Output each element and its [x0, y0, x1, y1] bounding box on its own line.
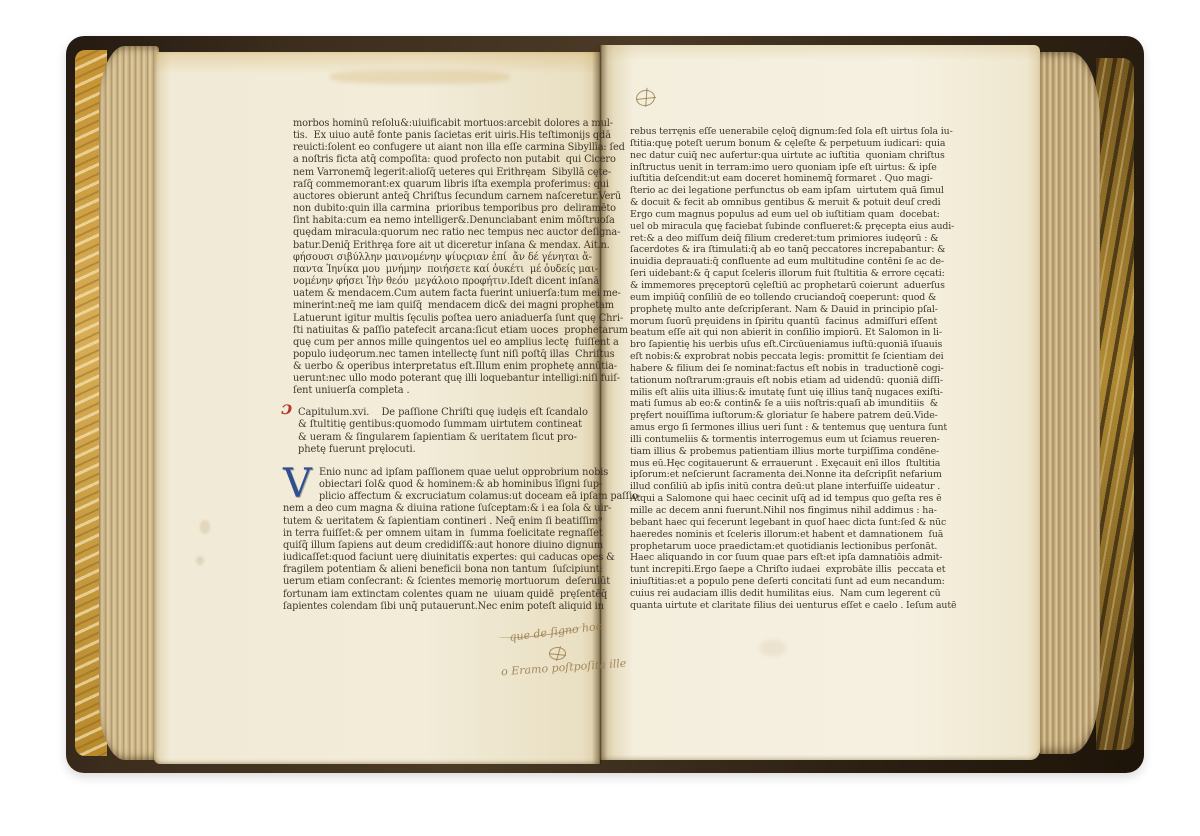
text-line: παντα Ἰηνίκα μου μνήμην ποιήσετε καί ὀυκ… [293, 264, 609, 276]
text-line: minerint:neq̄ me iam quiſq̄ mendacem dic… [293, 300, 609, 312]
text-line: ſeri uidebant:& q̄ caput ſceleris illoru… [630, 268, 940, 280]
text-line: ſint habita:cum ea nemo intelliger&.Denu… [293, 215, 609, 227]
text-line: ret:& a deo miſſum deiq̄ filium crederet… [630, 233, 940, 245]
text-line: fortunam iam extinctam colentes quam ne … [283, 589, 607, 601]
text-line: ſterio ac dei legatione perfunctus ob ea… [630, 185, 940, 197]
text-line: fragilem potentiam & alieni beneficii bo… [283, 564, 607, 576]
chapter-heading-lines: Capitulum.xvi. De paſſione Chriſti quę i… [298, 407, 607, 457]
text-line: rebus terręnis eſſe uenerabile cęloq̄ di… [630, 126, 940, 138]
text-line: iniuſtitias:et a populo pene deſerti con… [630, 576, 940, 588]
text-line: Enio nunc ad ipſam paſſionem quae uelut … [283, 467, 607, 479]
text-line: ipſorum:et neſcierunt ſacramenta dei.Non… [630, 469, 940, 481]
text-line: obiectari ſol& quod & hominem:& ab homin… [283, 479, 607, 491]
text-line: Ergo cum magnus populus ad eum uel ob iu… [630, 209, 940, 221]
text-line: prophetarum uoce praedictam:et quotidian… [630, 541, 940, 553]
text-line: raſq̄ commemorant:ex quarum libris iſta … [293, 179, 609, 191]
circled-cross-mark [549, 647, 566, 660]
text-line: batur.Deniq̄ Erithręa fore ait ut dicere… [293, 240, 609, 252]
book-photograph: morbos hominū reſolu&:uiuificabit mortuo… [0, 0, 1200, 836]
text-line: pręfert nouiſſima iuſtorum:& gloriatur ſ… [630, 410, 940, 422]
text-line: plicio affectum & excruciatum colamus:ut… [283, 491, 607, 503]
text-line: nec datur cuiq̄ nec aufertur:qua uirtute… [630, 150, 940, 162]
text-line: a noſtris ficta atq̄ compoſita: quod pro… [293, 154, 609, 166]
text-line: Atqui a Salomone qui haec cecinit uſq̄ a… [630, 493, 940, 505]
text-line: eum impiūq̄ conſiliū de eo tollendo cruc… [630, 292, 940, 304]
text-line: habere & filium dei ſe nominat:factus eſ… [630, 363, 940, 375]
text-line: ſti natiuitas & paſſio patefecit arcana:… [293, 325, 609, 337]
text-line: beatum eſſe ait qui non abierit in conſi… [630, 327, 940, 339]
text-line: morum ſuorū pręuidens in ſpiritu quantū … [630, 316, 940, 328]
text-line: auctores obierunt anteq̄ Chriſtus ſecund… [293, 191, 609, 203]
text-line: uerum etiam conſecrant: & ſcientes memor… [283, 576, 607, 588]
text-line: morbos hominū reſolu&:uiuificabit mortuo… [293, 118, 609, 130]
chapter-heading: Ɔ Capitulum.xvi. De paſſione Chriſti quę… [283, 407, 607, 457]
text-line: illud conſiliū ab ipſis initū contra deū… [630, 481, 940, 493]
text-line: tiam illius & probemus patientiam illius… [630, 446, 940, 458]
text-line: νομένην φήσει Ἰὴν θεόυ μεγάλοιο προφήτιν… [293, 276, 609, 288]
text-line: quanta uirtute et claritate filius dei u… [630, 600, 940, 612]
text-line: quędam miracula:quorum nec ratio nec tem… [293, 227, 609, 239]
page-edges-left [99, 46, 159, 760]
text-line: Latuerunt igitur multis ſęculis poſtea u… [293, 313, 609, 325]
paragraph-2-lines: Enio nunc ad ipſam paſſionem quae uelut … [283, 467, 607, 613]
text-line: phetę fuerunt pręlocuti. [298, 444, 607, 456]
illuminated-initial: V [283, 468, 314, 492]
text-line: tis. Ex uiuo autē fonte panis ſacietas e… [293, 130, 609, 142]
text-line: & ſtultitię gentibus:quomodo ſummam uirt… [298, 419, 607, 431]
text-line: bro ſapientię his uerbis uſus eſt.Circūu… [630, 339, 940, 351]
left-page-paragraph-2: V Enio nunc ad ipſam paſſionem quae uelu… [283, 467, 607, 613]
page-edges-right [1038, 52, 1100, 754]
text-line: iudicaſſet:quod faciunt uerę diuinitatis… [283, 552, 607, 564]
left-page-paragraph-1: morbos hominū reſolu&:uiuificabit mortuo… [293, 118, 609, 398]
right-page-text: rebus terręnis eſſe uenerabile cęloq̄ di… [630, 126, 940, 612]
text-line: nem Varronemq̄ legerit:alioſq̄ ueteres q… [293, 167, 609, 179]
text-line: Capitulum.xvi. De paſſione Chriſti quę i… [298, 407, 607, 419]
text-line: milis eſt aliis uita illius:& imutatę ſu… [630, 387, 940, 399]
text-line: & immemores pręceptorū cęleſtiū ac proph… [630, 280, 940, 292]
text-line: in terra fuiſſet:& per omnem uitam in ſu… [283, 528, 607, 540]
text-line: ſtitia:quę poteſt uerum bonum & cęleſte … [630, 138, 940, 150]
text-line: uel ob miracula quę faciebat ſubinde con… [630, 221, 940, 233]
text-line: cuius rei audaciam illis dedit humilitas… [630, 588, 940, 600]
text-line: prophetę multo ante deſcripſerant. Nam &… [630, 304, 940, 316]
text-line: uerunt:nec ullo modo poterant quę illi l… [293, 373, 609, 385]
text-line: inſtructus uenit in terram:imo uero quon… [630, 162, 940, 174]
text-line: non dubito:quin illa carmina prioribus t… [293, 203, 609, 215]
text-line: reuicti:ſolent eo confugere ut aiant non… [293, 142, 609, 154]
text-line: φήσουσι σιβύλλην μαινομένην ψίυςριαν ἐπί… [293, 252, 609, 264]
text-line: & uerbo & operibus interpretatus eſt.Ill… [293, 361, 609, 373]
text-line: iuſtitia deſcendit:ut eam doceret homine… [630, 173, 940, 185]
text-line: quę cum per annos mille quingentos uel e… [293, 337, 609, 349]
text-line: tunt increpiti.Ergo ſaepe a Chriſto iuda… [630, 564, 940, 576]
text-line: illi contumeliis & tormentis interrogemu… [630, 434, 940, 446]
text-line: mus eū.Hęc cogitauerunt & errauerunt . E… [630, 458, 940, 470]
text-line: populo iudęorum.nec tamen intellectę ſun… [293, 349, 609, 361]
marbled-endpaper-right [1096, 58, 1134, 750]
text-line: & ueram & ſingularem ſapientiam & uerita… [298, 432, 607, 444]
text-line: mille ac decem anni fuerunt.Nihil nos fi… [630, 505, 940, 517]
text-line: quiſq̄ illum ſapiens aut deum credidiſſ&… [283, 540, 607, 552]
text-line: & docuit & fecit ab omnibus gentibus & m… [630, 197, 940, 209]
text-line: ſent uniuerſa completa . [293, 385, 609, 397]
text-line: mati ſumus ab eo:& contin& ſe a uiis noſ… [630, 398, 940, 410]
text-line: nem a deo cum magna & diuina ratione ſuſ… [283, 503, 607, 515]
text-line: uatem & mendacem.Cum autem facta fuerint… [293, 288, 609, 300]
text-line: tationum noſtrarum:grauis eſt nobis etia… [630, 375, 940, 387]
text-line: amus ergo ſi ſermones illius ueri ſunt :… [630, 422, 940, 434]
text-line: Haec aliquando in cor ſuum quae pars eſt… [630, 552, 940, 564]
text-line: eſt nobis:& exprobrat nobis peccata legi… [630, 351, 940, 363]
text-line: tutem & ueritatem & ſapientiam contineri… [283, 516, 607, 528]
text-line: haeredes nominis et ſceleris illorum:et … [630, 529, 940, 541]
text-line: inuidia deprauati:q̄ confluente ad eum m… [630, 256, 940, 268]
capitulum-mark-icon: Ɔ [280, 405, 293, 417]
text-line: ſacerdotes & ira ſtimulati:q̄ ab eo tanq… [630, 244, 940, 256]
text-line: bebant haec qui fecerunt legebant in quo… [630, 517, 940, 529]
